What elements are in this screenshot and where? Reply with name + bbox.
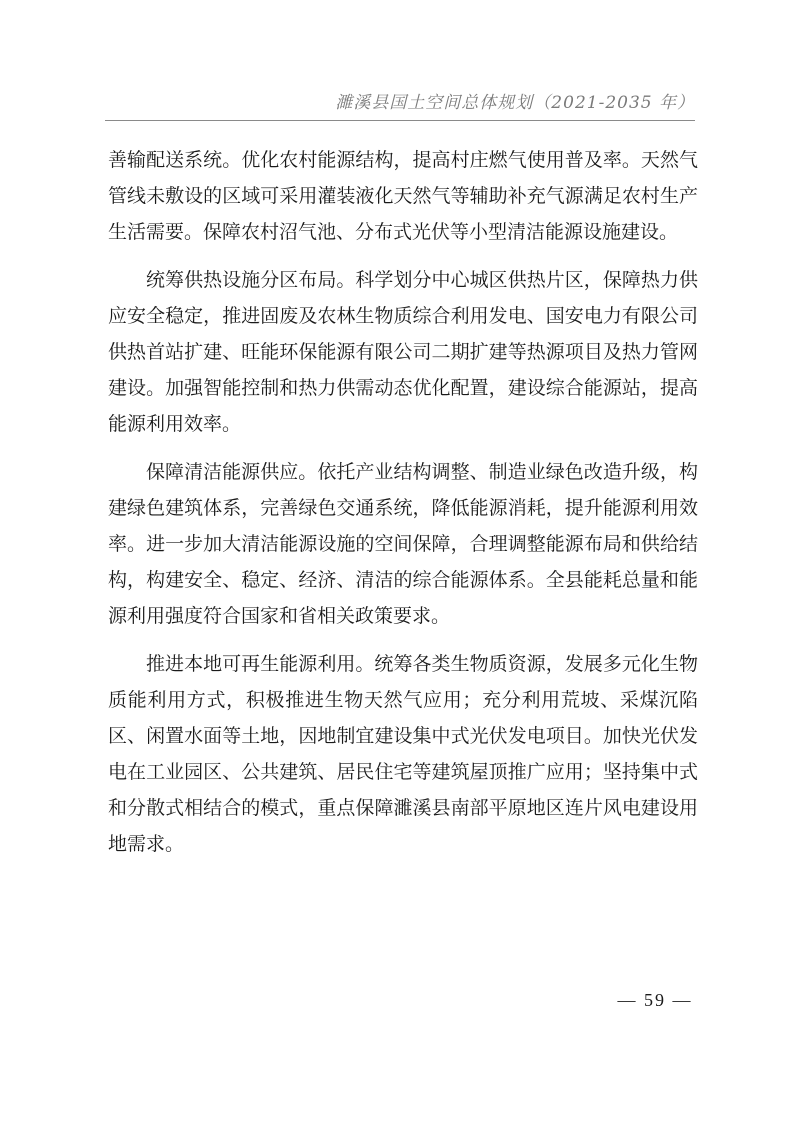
paragraph-clean-energy-supply: 保障清洁能源供应。依托产业结构调整、制造业绿色改造升级，构建绿色建筑体系，完善绿… [108, 454, 698, 634]
body-text: 善输配送系统。优化农村能源结构，提高村庄燃气使用普及率。天然气管线未敷设的区域可… [108, 142, 698, 862]
page-number: — 59 — [580, 990, 730, 1011]
paragraph-heating-facilities: 统筹供热设施分区布局。科学划分中心城区供热片区，保障热力供应安全稳定，推进固废及… [108, 262, 698, 442]
paragraph-renewable-energy: 推进本地可再生能源利用。统筹各类生物质资源，发展多元化生物质能利用方式，积极推进… [108, 646, 698, 862]
running-header: 濉溪县国土空间总体规划（2021-2035 年） [105, 90, 695, 121]
paragraph-rural-energy: 善输配送系统。优化农村能源结构，提高村庄燃气使用普及率。天然气管线未敷设的区域可… [108, 142, 698, 250]
document-page: 濉溪县国土空间总体规划（2021-2035 年） 善输配送系统。优化农村能源结构… [0, 0, 793, 1122]
